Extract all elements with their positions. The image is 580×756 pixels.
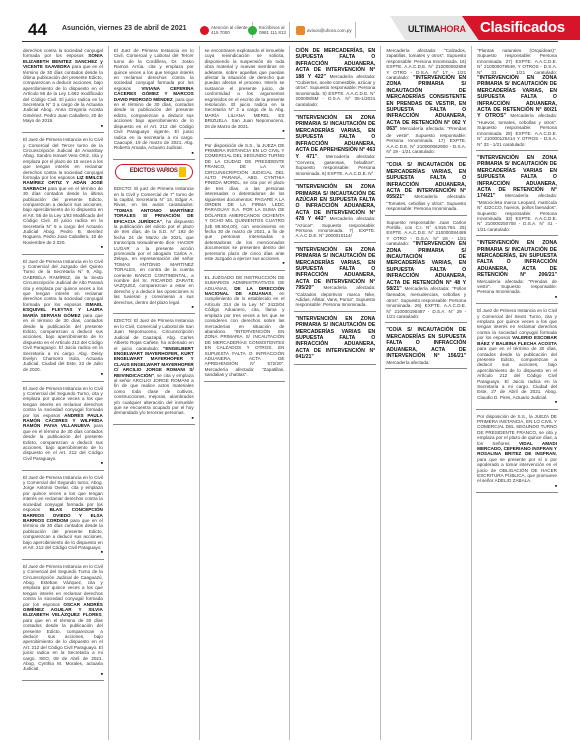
notice: El Juez de Primera Instancia en lo Civil… xyxy=(22,135,104,255)
column-5: Mercadería afectada: "Calzados, zapatill… xyxy=(385,46,467,740)
contact-value: 0981 111 813 xyxy=(259,30,286,35)
notice: El Juez de Primera Instancia en lo Civil… xyxy=(22,473,104,560)
notice-mark: ■ xyxy=(477,400,557,405)
email-contact: avisos@uhora.com.py xyxy=(296,22,356,38)
notice: se encontraren explotando el inmueble cu… xyxy=(204,46,286,139)
header-divider xyxy=(22,41,558,42)
notice: Por disposición de S.S., la JUEZA DE PRI… xyxy=(476,412,558,494)
mail-icon xyxy=(296,26,305,35)
column-divider xyxy=(108,46,109,740)
notice: El Juez de Primera Instancia en lo Civil… xyxy=(22,384,104,471)
column-divider xyxy=(380,46,381,740)
notice: "INTERVENCIÓN EN ZONA PRIMARIA S/ INCAUT… xyxy=(294,245,376,312)
notice: derechos contra la sociedad conyugal for… xyxy=(22,46,104,133)
contact-value: 415 7000 xyxy=(211,30,249,35)
column-divider xyxy=(471,46,472,740)
notice: "INTERVENCIÓN EN ZONA PRIMARIA S/ INCAUT… xyxy=(476,153,558,236)
column-2: El Juez de Primera Instancia en lo Civil… xyxy=(113,46,195,740)
notice: EDICTO: El Juez de Primera Instancia en … xyxy=(113,316,195,425)
whatsapp-contact: Escribinos al0981 111 813 xyxy=(248,22,290,38)
customer-service-contact: Atención al cliente:415 7000 xyxy=(200,22,253,38)
notice-mark: ■ xyxy=(477,484,557,489)
classifieds-columns: derechos contra la sociedad conyugal for… xyxy=(22,46,558,740)
notice: "INTERVENCIÓN EN ZONA PRIMARIA S/ INCAUT… xyxy=(294,314,376,365)
category-banner: EDICTOS VARIOS xyxy=(115,164,193,180)
notice: Por disposición de S.S., la JUEZA DE PRI… xyxy=(204,141,286,271)
notice: El Juez de Primera Instancia en lo Civil… xyxy=(22,257,104,382)
brand-right: HORA xyxy=(440,24,466,34)
notice: EL JUZGADO DE INSTRUCCIÓN DE SUMARIOS AD… xyxy=(204,273,286,382)
column-divider xyxy=(289,46,290,740)
contact-value: avisos@uhora.com.py xyxy=(307,28,352,33)
notice: CIÓN DE MERCADERÍAS, EN SUPUESTA FALTA O… xyxy=(294,46,376,111)
notice: Mercadería afectada: "Calzados, zapatill… xyxy=(385,46,467,158)
notice-mark: ■ xyxy=(205,129,285,134)
notice: "COIA S/ INCAUTACIÓN DE MERCADERÍAS VARI… xyxy=(385,160,467,215)
notice: EDICTO: El juez de Primera Instancia en … xyxy=(113,184,195,314)
page-number: 44 xyxy=(28,20,47,40)
notice: "INTERVENCIÓN EN ZONA PRIMARIA S/ INCAUT… xyxy=(476,238,558,304)
notice: El Juez de Primera Instancia en lo Civil… xyxy=(113,46,195,160)
notice-mark: ■ xyxy=(477,295,557,300)
notice-mark: ■ xyxy=(114,416,194,421)
notice-mark: ■ xyxy=(23,124,103,129)
column-divider xyxy=(199,46,200,740)
notice: El Juez de Primera Instancia en lo Civil… xyxy=(476,306,558,409)
notice-mark: ■ xyxy=(114,305,194,310)
notice-mark: ■ xyxy=(23,461,103,466)
notice: "INTERVENCIÓN EN ZONA PRIMARIA S/ INCAUT… xyxy=(294,182,376,243)
column-3: se encontraren explotando el inmueble cu… xyxy=(204,46,286,740)
category-label: EDICTOS VARIOS xyxy=(130,169,178,174)
notice: "Plantas naturales (Orquídeas)". Supuest… xyxy=(476,46,558,151)
page-header: 44 Asunción, viernes 23 de abril de 2021… xyxy=(0,0,580,40)
column-4: CIÓN DE MERCADERÍAS, EN SUPUESTA FALTA O… xyxy=(294,46,376,740)
issue-date: Asunción, viernes 23 de abril de 2021 xyxy=(62,25,187,32)
whatsapp-icon xyxy=(248,26,257,35)
phone-icon xyxy=(200,26,209,35)
notice-mark: ■ xyxy=(23,550,103,555)
notice: "COIA S/ INCAUTACIÓN DE MERCADERÍAS EN S… xyxy=(385,325,467,368)
book-icon xyxy=(179,167,186,177)
notice-mark: ■ xyxy=(114,151,194,156)
notice-mark: ■ xyxy=(23,672,103,677)
notice: Supuesto responsable: Juan Carlos Portil… xyxy=(385,218,467,324)
brand-left: ULTIMA xyxy=(408,24,440,34)
section-title: Clasificados xyxy=(480,19,565,36)
notice: El Juez de Primera Instancia en lo Civil… xyxy=(22,562,104,682)
notice-mark: ■ xyxy=(23,245,103,250)
column-1: derechos contra la sociedad conyugal for… xyxy=(22,46,104,740)
notice: "INTERVENCIÓN EN ZONA PRIMARIA S/ INCAUT… xyxy=(294,113,376,180)
notice-mark: ■ xyxy=(205,261,285,266)
column-6: "Plantas naturales (Orquídeas)". Supuest… xyxy=(476,46,558,740)
brand-logo: ULTIMAHORA xyxy=(408,24,466,34)
notice-mark: ■ xyxy=(23,372,103,377)
